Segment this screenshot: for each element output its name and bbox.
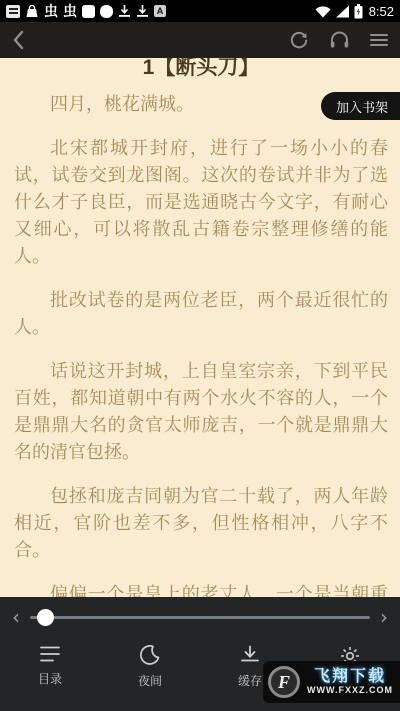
add-to-shelf-button[interactable]: 加入书架 [321,92,400,120]
status-indicators: 8:52 [315,4,394,19]
bug-char-icon: 虫 [63,4,77,18]
cell-signal-icon [335,5,350,18]
next-chapter-chevron[interactable]: › [376,607,392,627]
news-app-icon [6,5,20,18]
reader-nav-bar [0,22,400,58]
bug-char-icon: 虫 [44,4,58,18]
download-icon [136,4,149,18]
watermark-text: 飞翔下载 WWW.FXXZ.COM [304,668,396,696]
paragraph: 话说这开封城，上自皇室宗亲，下到平民百姓，都知道朝中有两个水火不容的人，一个是鼎… [14,358,388,466]
paragraph: 批改试卷的是两位老臣，两个最近很忙的人。 [14,287,388,341]
shopping-bag-icon [25,4,39,18]
menu-icon[interactable] [370,32,388,48]
contents-list-icon [39,645,61,663]
paragraph: 包拯和庞吉同朝为官二十载了，两人年龄相近，官阶也差不多，但性格相冲，八字不合。 [14,483,388,564]
notification-icons: 虫 虫 A [6,4,310,18]
toolbar-item-night-mode[interactable]: 夜间 [110,645,190,689]
watermark-url: WWW.FXXZ.COM [307,685,393,696]
toolbar-label: 夜间 [138,672,162,689]
reader-screen: 虫 虫 A 8:52 1【断头刀】 [0,0,400,711]
status-bar: 虫 虫 A 8:52 [0,0,400,22]
round-badge-icon [100,5,113,18]
back-chevron-icon[interactable] [12,30,24,50]
toolbar-item-contents[interactable]: 目录 [10,645,90,687]
a-badge-icon: A [154,5,166,17]
headphones-icon[interactable] [329,30,350,50]
wifi-icon [315,5,331,18]
slider-thumb[interactable] [37,609,54,626]
toolbar-label: 缓存 [238,672,262,689]
fxxz-watermark: F 飞翔下载 WWW.FXXZ.COM [263,661,400,703]
paragraph: 北宋都城开封府，进行了一场小小的春试，试卷交到龙图阁。这次的卷试并非为了选什么才… [14,135,388,270]
watermark-title: 飞翔下载 [314,668,386,685]
rounded-square-icon [82,5,95,18]
cache-download-icon [240,645,260,665]
slider-track[interactable] [30,616,370,619]
chapter-title: 1【断头刀】 [14,58,388,81]
download-icon [118,4,131,18]
chapter-progress-row: ‹ › [0,597,400,637]
battery-charging-icon [354,4,363,19]
toolbar-label: 目录 [38,670,62,687]
refresh-icon[interactable] [289,30,309,50]
prev-chapter-chevron[interactable]: ‹ [8,607,24,627]
progress-slider[interactable] [30,608,370,626]
clock: 8:52 [369,4,394,19]
reader-bottom-panel: ‹ › 目录 夜间 缓存 [0,597,400,711]
reader-page[interactable]: 1【断头刀】 四月，桃花满城。 北宋都城开封府，进行了一场小小的春试，试卷交到龙… [0,58,400,597]
paragraph: 偏偏一个是皇上的老丈人，一个是当朝重宰，谁也不让着谁。 [14,581,388,597]
night-moon-icon [140,645,160,665]
fxxz-logo-icon: F [268,666,300,698]
